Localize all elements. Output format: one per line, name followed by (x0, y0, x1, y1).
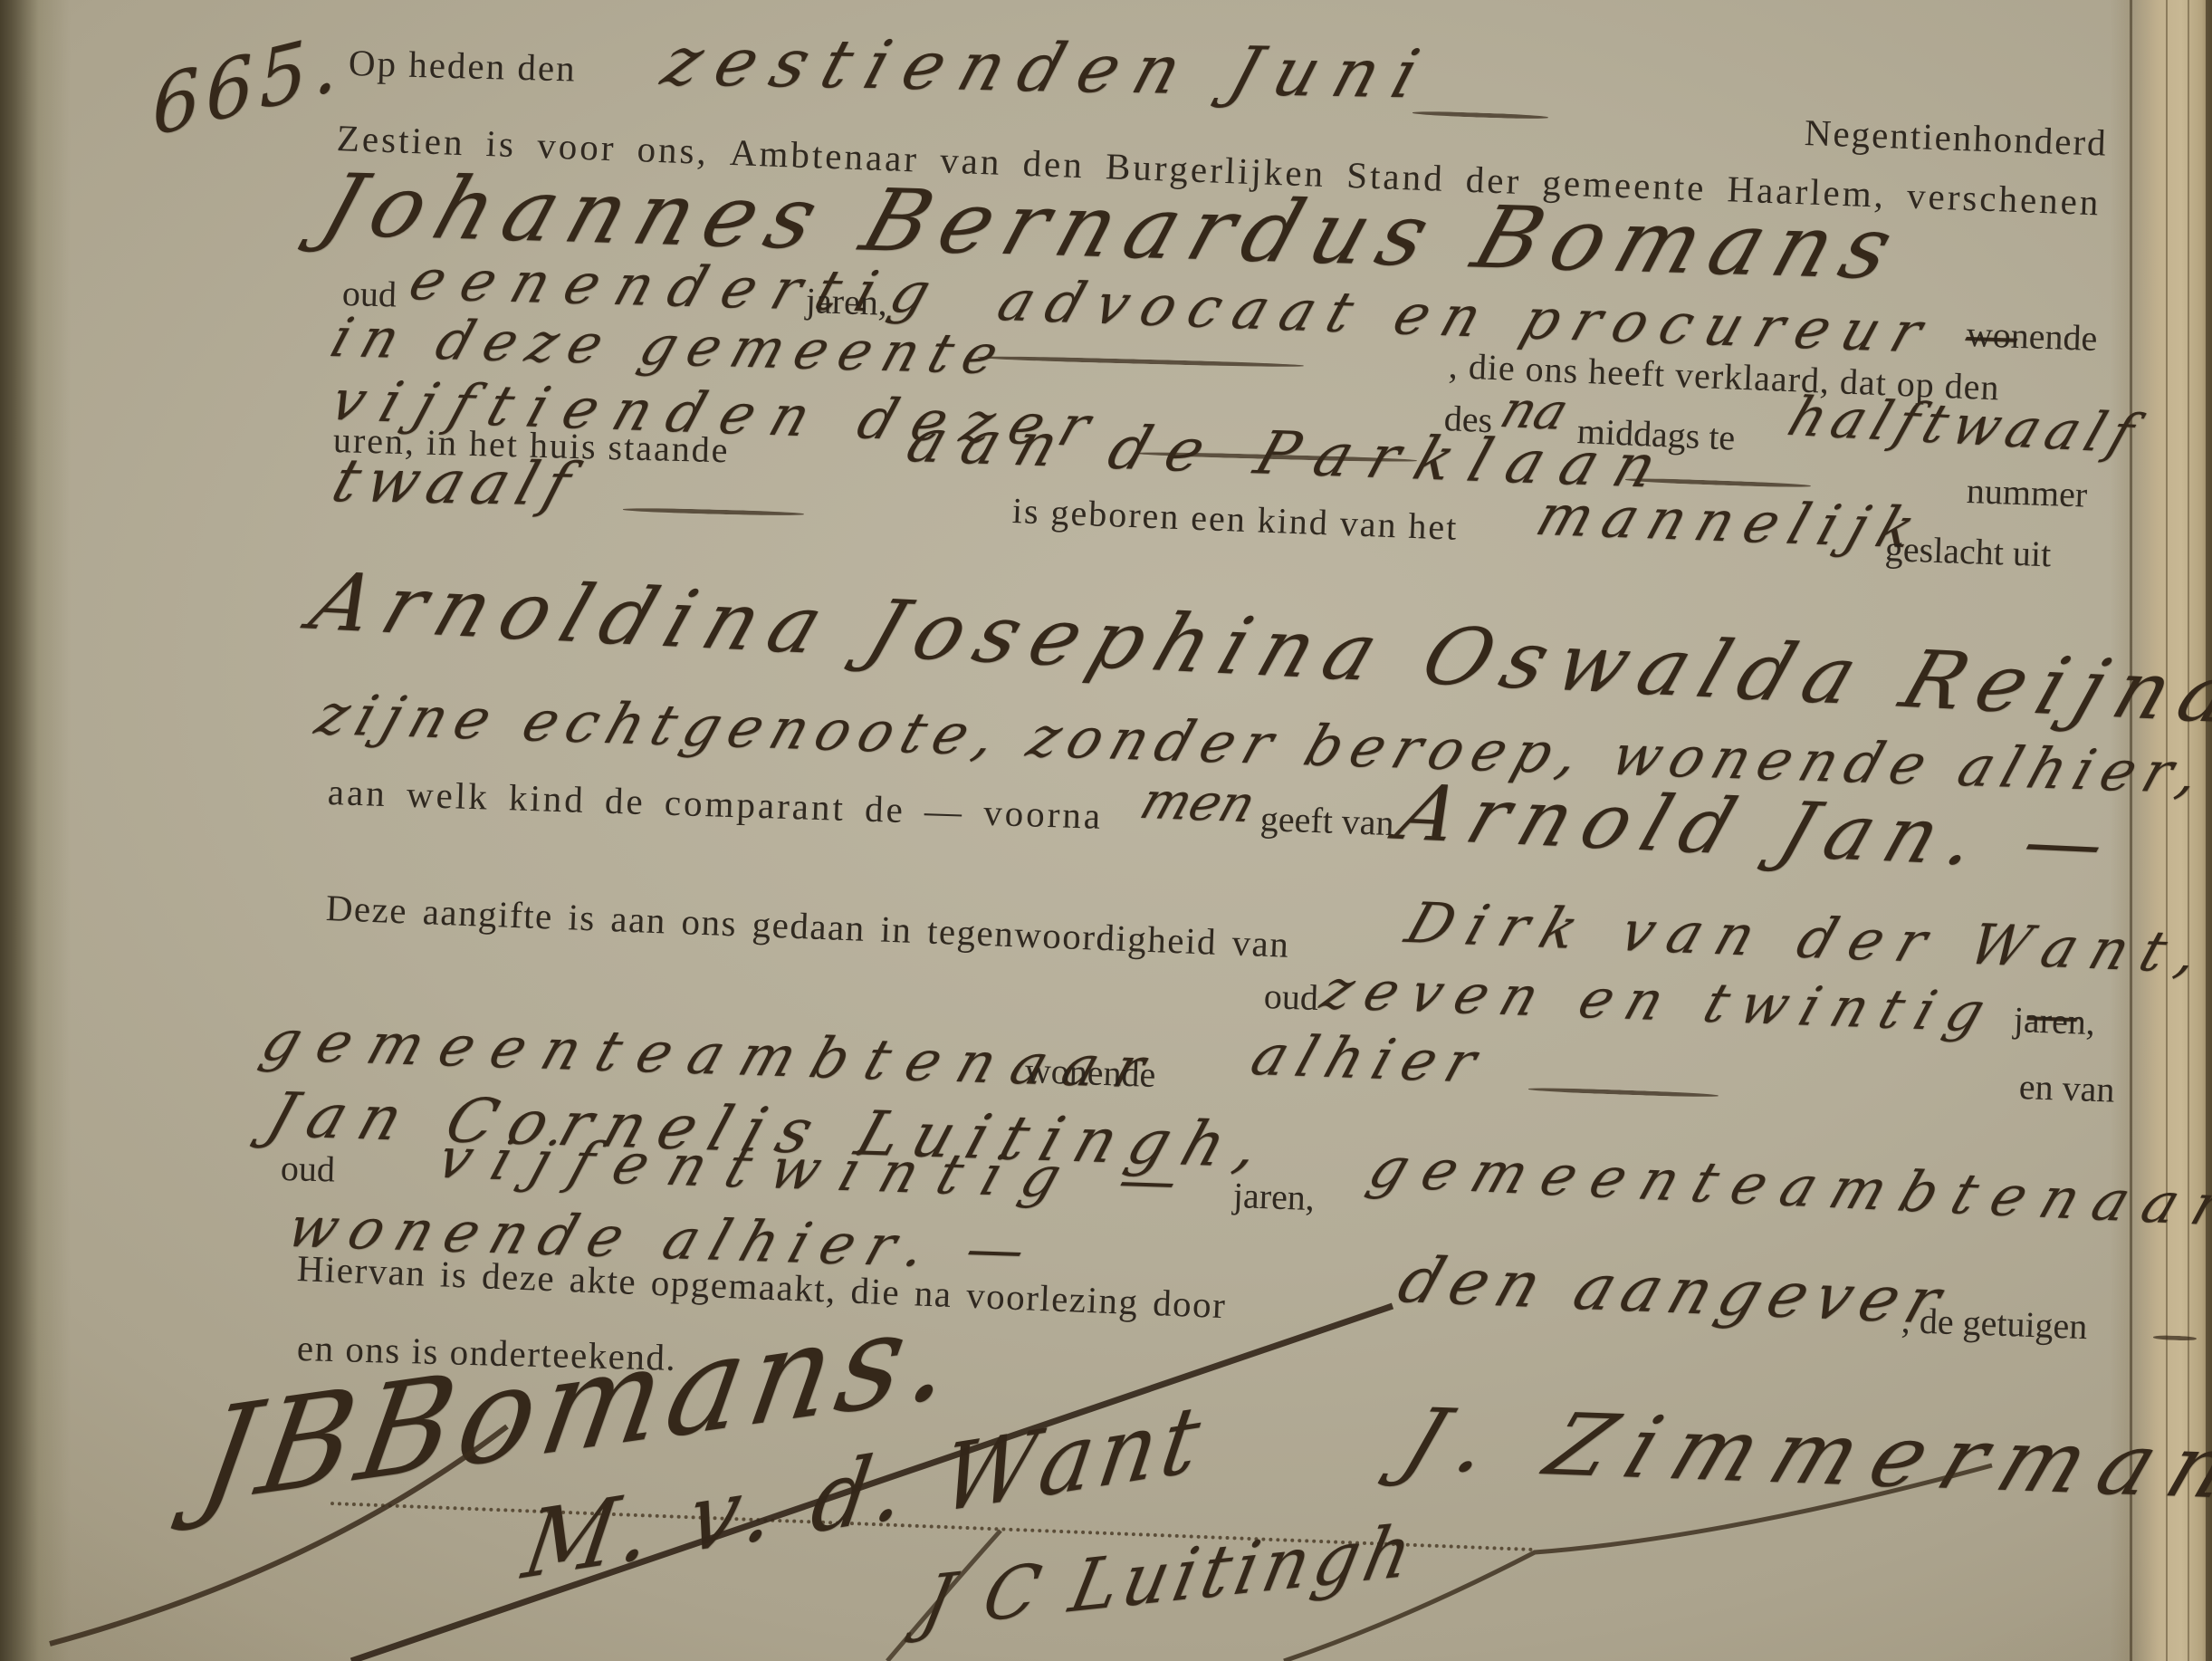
birth-certificate-scan: 665. Op heden den zestienden Juni Negent… (0, 0, 2212, 1661)
printed-jaren-3: jaren, (1232, 1174, 1316, 1219)
printed-geslacht-uit: geslacht uit (1884, 527, 2052, 575)
pen-dash (623, 507, 804, 516)
hw-gender: mannelijk (1528, 482, 1935, 561)
printed-geeft-van: geeft van (1259, 797, 1394, 844)
printed-deze-aangifte: Deze aangifte is aan ons gedaan in tegen… (325, 886, 1290, 966)
hw-men-insert: men (1134, 772, 1263, 834)
printed-de-getuigen: , de getuigen (1901, 1299, 2088, 1348)
pen-dash (978, 355, 1304, 368)
hw-day-month: zestienden Juni (654, 23, 1444, 113)
page-edge-strip (2110, 0, 2212, 1661)
book-gutter-shadow (0, 0, 71, 1661)
pen-dash (1412, 110, 1548, 120)
printed-op-heden-den: Op heden den (348, 41, 577, 91)
printed-negentienhonderd: Negentienhonderd (1804, 110, 2108, 165)
hw-birth-time: halftwaalf (1780, 386, 2149, 466)
signature-registrar: J. Zimmerman (1390, 1391, 2212, 1519)
page-edge-line (2166, 0, 2168, 1661)
printed-oud-3: oud (280, 1147, 335, 1191)
printed-wonende-2: wonende (1024, 1049, 1156, 1096)
page-edge-line (2188, 0, 2189, 1661)
printed-aan-welk-kind: aan welk kind de comparant de — voorna (327, 770, 1104, 838)
printed-nummer: nummer (1966, 469, 2088, 516)
act-number: 665. (150, 15, 343, 155)
page-edge-line (2130, 0, 2132, 1661)
page-edge-line (2206, 0, 2212, 1661)
hw-house-number: twaalf (324, 446, 588, 519)
printed-jaren-1: jaren, (805, 279, 887, 324)
printed-wonende-1: wonende (1966, 312, 2098, 360)
printed-jaren-2: jaren, (2013, 998, 2096, 1043)
hw-witness2-profession: gemeenteambtenaar, (1361, 1135, 2212, 1241)
hw-witness1-residence: alhier (1243, 1022, 1495, 1095)
printed-is-geboren: is geboren een kind van het (1011, 489, 1459, 549)
hw-read-by: den aangever (1390, 1243, 1959, 1339)
printed-oud-2: oud (1263, 975, 1319, 1019)
printed-en-van: en van (2018, 1065, 2115, 1111)
pen-dash (1528, 1087, 1719, 1098)
